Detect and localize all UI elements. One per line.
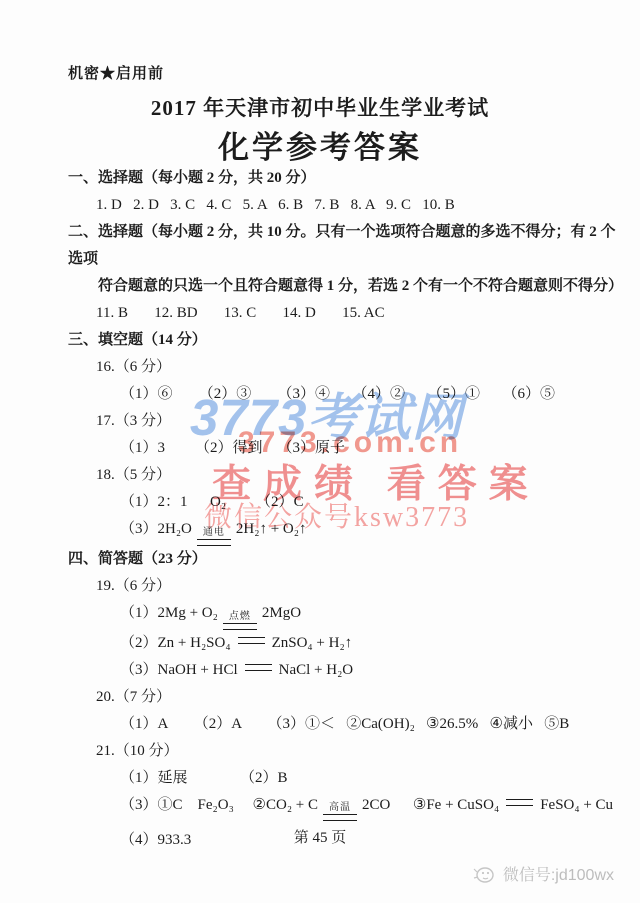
- answer-text: 1. D 2. D 3. C 4. C 5. A 6. B 7. B 8. A …: [96, 197, 455, 213]
- reaction-condition-equals-sign: 点燃: [223, 611, 257, 630]
- answer-text: 2MgO: [262, 605, 301, 621]
- question-18-score: 18.（5 分）: [68, 462, 624, 489]
- reaction-condition-label: 点燃: [229, 611, 251, 622]
- reaction-condition-label: 高温: [329, 802, 351, 813]
- section-2-heading-line2: 符合题意的只选一个且符合题意得 1 分，若选 2 个有一个不符合题意则不得分）: [68, 273, 624, 300]
- reaction-condition-label: 通电: [203, 527, 225, 538]
- answer-text: 19.（6 分）: [96, 578, 171, 594]
- answer-text: 一、选择题（每小题 2 分，共 20 分）: [68, 170, 316, 186]
- answer-text: 符合题意的只选一个且符合题意得 1 分，若选 2 个有一个不符合题意则不得分）: [98, 278, 623, 294]
- wechat-mascot-icon: [472, 864, 496, 884]
- answer-text: 2H₂↑ + O₂↑: [236, 521, 307, 537]
- question-19-equation-3: （3）NaOH + HClNaCl + H₂O: [68, 657, 624, 684]
- answer-text: 20.（7 分）: [96, 689, 171, 705]
- question-21-answers-1-2: （1）延展 （2）B: [68, 765, 624, 792]
- question-19-score: 19.（6 分）: [68, 573, 624, 600]
- answer-text: 三、填空题（14 分）: [68, 332, 207, 348]
- answer-text: （3）NaOH + HCl: [120, 662, 238, 678]
- answer-text: （3）①C Fe₂O₃ ②CO₂ + C: [120, 797, 318, 813]
- answer-text: 11. B 12. BD 13. C 14. D 15. AC: [96, 305, 385, 321]
- answer-text: （1）⑥ （2）③ （3）④ （4）② （5）① （6）⑤: [120, 386, 555, 402]
- section-2-heading-line1: 二、选择题（每小题 2 分，共 10 分。只有一个选项符合题意的多选不得分；有 …: [68, 219, 624, 273]
- question-17-score: 17.（3 分）: [68, 408, 624, 435]
- answer-text: 2CO ③Fe + CuSO₄: [362, 797, 499, 813]
- answer-text: 二、选择题（每小题 2 分，共 10 分。只有一个选项符合题意的多选不得分；有 …: [68, 224, 616, 267]
- answer-lines: 一、选择题（每小题 2 分，共 20 分）1. D 2. D 3. C 4. C…: [68, 165, 624, 854]
- section-3-heading: 三、填空题（14 分）: [68, 327, 624, 354]
- question-18-answers-1-2: （1）2：1 O₂ （2）C: [68, 489, 624, 516]
- confidential-notice: 机密★启用前: [68, 62, 164, 83]
- double-bar-equals-icon: [323, 814, 357, 821]
- answer-text: （1）3 （2）得到 （3）原子: [120, 440, 345, 456]
- double-bar-equals-icon: [238, 637, 265, 644]
- answer-text: 18.（5 分）: [96, 467, 171, 483]
- page-title: 化学参考答案: [0, 122, 640, 167]
- double-bar-equals-icon: [223, 623, 257, 630]
- question-16-answers: （1）⑥ （2）③ （3）④ （4）② （5）① （6）⑤: [68, 381, 624, 408]
- page-number: 第 45 页: [0, 826, 640, 847]
- answer-text: 21.（10 分）: [96, 743, 179, 759]
- answer-text: FeSO₄ + Cu: [540, 797, 613, 813]
- answer-text: （1）延展 （2）B: [120, 770, 288, 786]
- exam-title: 2017 年天津市初中毕业生学业考试: [0, 92, 640, 122]
- double-bar-equals-icon: [197, 539, 231, 546]
- question-19-equation-2: （2）Zn + H₂SO₄ZnSO₄ + H₂↑: [68, 630, 624, 657]
- answer-text: 17.（3 分）: [96, 413, 171, 429]
- section-4-heading: 四、简答题（23 分）: [68, 546, 624, 573]
- wechat-footer: 微信号:jd100wx: [472, 862, 614, 885]
- answers-1-10: 1. D 2. D 3. C 4. C 5. A 6. B 7. B 8. A …: [68, 192, 624, 219]
- answer-text: NaCl + H₂O: [279, 662, 354, 678]
- section-1-heading: 一、选择题（每小题 2 分，共 20 分）: [68, 165, 624, 192]
- wechat-id-label: 微信号:jd100wx: [503, 862, 614, 885]
- question-19-equation-1: （1）2Mg + O₂点燃2MgO: [68, 600, 624, 630]
- double-bar-equals-icon: [245, 664, 272, 671]
- question-21-answer-3-equations: （3）①C Fe₂O₃ ②CO₂ + C高温2CO ③Fe + CuSO₄FeS…: [68, 792, 624, 822]
- question-21-score: 21.（10 分）: [68, 738, 624, 765]
- question-20-score: 20.（7 分）: [68, 684, 624, 711]
- answer-text: （1）2：1 O₂ （2）C: [120, 494, 304, 510]
- answer-text: 四、简答题（23 分）: [68, 551, 207, 567]
- answer-text: （1）2Mg + O₂: [120, 605, 218, 621]
- answers-11-15: 11. B 12. BD 13. C 14. D 15. AC: [68, 300, 624, 327]
- answer-sheet-page: 机密★启用前 2017 年天津市初中毕业生学业考试 化学参考答案 一、选择题（每…: [0, 0, 640, 903]
- question-17-answers: （1）3 （2）得到 （3）原子: [68, 435, 624, 462]
- answer-text: ZnSO₄ + H₂↑: [272, 635, 353, 651]
- question-16-score: 16.（6 分）: [68, 354, 624, 381]
- answer-text: （3）2H₂O: [120, 521, 192, 537]
- answer-text: （2）Zn + H₂SO₄: [120, 635, 231, 651]
- answer-text: 16.（6 分）: [96, 359, 171, 375]
- answer-text: （1）A （2）A （3）①＜ ②Ca(OH)₂ ③26.5% ④减小 ⑤B: [120, 716, 569, 732]
- reaction-condition-equals-sign: 通电: [197, 527, 231, 546]
- question-18-answer-3-equation: （3）2H₂O通电2H₂↑ + O₂↑: [68, 516, 624, 546]
- double-bar-equals-icon: [506, 799, 533, 806]
- question-20-answers: （1）A （2）A （3）①＜ ②Ca(OH)₂ ③26.5% ④减小 ⑤B: [68, 711, 624, 738]
- reaction-condition-equals-sign: 高温: [323, 802, 357, 821]
